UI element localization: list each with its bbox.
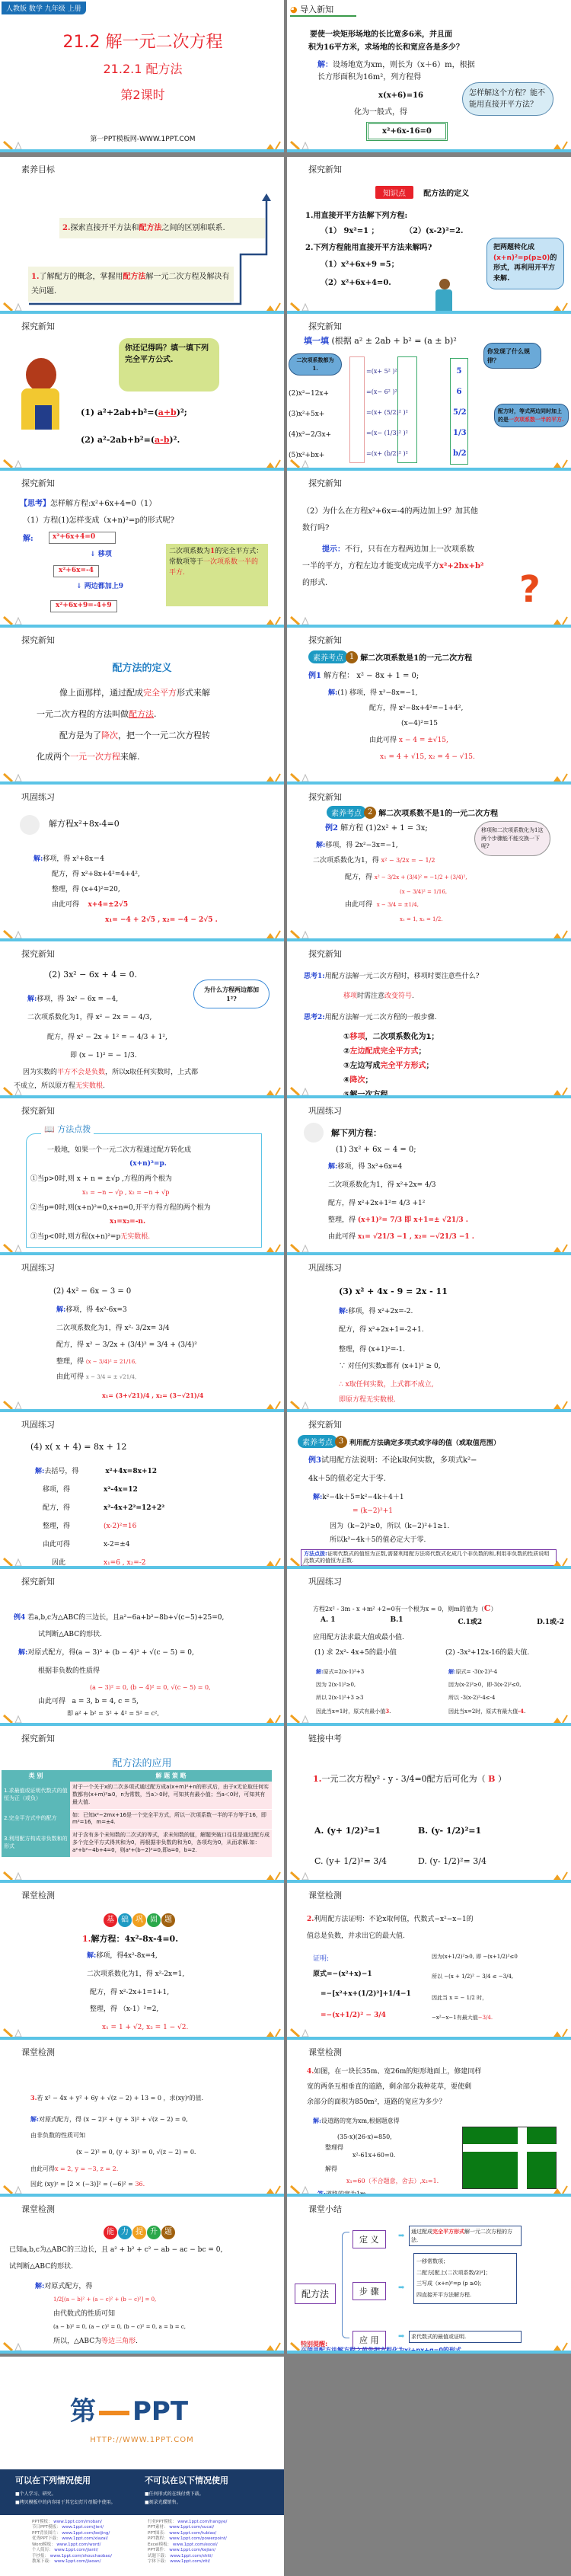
rule-answer-bubble: 配方时，等式两边同时加上的是一次项系数一半的平方. bbox=[494, 404, 569, 427]
solution-roots: x₁= −4 + 2√5 , x₂= −4 − 2√5 . bbox=[105, 916, 218, 926]
section-title: 课堂检测 bbox=[308, 2046, 342, 2058]
solution-roots: x₁=60（不合题意，舍去）,x₂=1. bbox=[346, 2177, 439, 2186]
section-title: 探究新知 bbox=[21, 320, 55, 332]
ruler-triangle-icon bbox=[553, 928, 568, 937]
ruler-triangle-icon bbox=[266, 1869, 281, 1878]
ruler-triangle-icon bbox=[553, 2183, 568, 2192]
think-2: 思考2:用配方法解一元二次方程的一般步骤. bbox=[304, 1013, 436, 1024]
slide-fill-in[interactable]: 探究新知 填一填 (根据 a² ± 2ab + b² = (a ± b)² 二次… bbox=[287, 314, 571, 471]
section-title: 课堂检测 bbox=[21, 2046, 55, 2058]
problem-line-1: 要使一块矩形场地的长比宽多6米，并且面 bbox=[310, 29, 452, 40]
formula-1: (1) a²+2ab+b²=(a+b)²; bbox=[81, 407, 187, 420]
solution-line-1: 解:移项，得 3x²+6x=4 bbox=[328, 1162, 402, 1173]
think-subquestion: （1）方程(1)怎样变成（x+n)²=p的形式呢? bbox=[23, 515, 174, 526]
book-icon: 📖 bbox=[44, 1124, 55, 1134]
coefficient-note-bubble: 二次项系数都为1. bbox=[289, 353, 342, 376]
solution-line-2: 长方形面积为16m²，列方程得 bbox=[317, 72, 421, 83]
reason-line-4: −x²−x−1有最大值−3/4. bbox=[432, 2014, 493, 2022]
example-question: 例2 解方程 (1)2x² + 1 = 3x; bbox=[325, 823, 428, 834]
solution-line-1: 解:k²−4k＋5=k²−4k＋4＋1 bbox=[313, 1493, 404, 1504]
knowledge-badge: 知识点 bbox=[375, 186, 413, 199]
reason-line-3: 因此当 x = − 1/2 时， bbox=[432, 1994, 487, 2002]
slide-check-3[interactable]: 课堂检测 3.若 x² − 4x + y² + 6y + √(z − 2) + … bbox=[0, 2040, 284, 2197]
solution-line-2: 二次项系数化为1，得 x²-2x=1, bbox=[87, 1970, 184, 1980]
slide-method-tips[interactable]: 探究新知 📖 方法点拨 一般地，如果一个一元二次方程通过配方转化成 (x+n)²… bbox=[0, 1098, 284, 1255]
slide-exam-link[interactable]: 链接中考 1.一元二次方程y² - y - 3/4=0配方后可化为（ B ） A… bbox=[287, 1726, 571, 1883]
pencil-icon bbox=[290, 614, 311, 623]
option-c[interactable]: C. (y+ 1/2)²= 3/4 bbox=[314, 1855, 387, 1868]
ruler-triangle-icon bbox=[553, 1398, 568, 1408]
slide-definition-intro[interactable]: 探究新知 知识点 配方法的定义 1.用直接开平方法解下列方程: （1） 9x²=… bbox=[287, 157, 571, 314]
table-row: 2.完全平方式中的配方如：已知x²−2mx+16是一个完全平方式，所以一次项系数… bbox=[2, 1809, 272, 1830]
fill-row-4: (4)x²−2/3x+ bbox=[289, 425, 331, 446]
pencil-icon bbox=[3, 2026, 24, 2035]
solution-line-3: 因为（k−2)²≥0，所以（k−2)²+1≥1. bbox=[330, 1522, 449, 1532]
question-2a: （1）x²+6x+9 =5； bbox=[321, 259, 399, 270]
hint-bubble: 把两题转化成(x+n)²=p(p≥0)的形式，再利用开平方来解. bbox=[486, 238, 564, 289]
option-a[interactable]: A. 1 bbox=[321, 1616, 336, 1626]
solution-line-3: 配方，得 x² − 3/2x + (3/4)² = 3/4 + (3/4)² bbox=[56, 1341, 197, 1351]
step-item: ⑤解一次方程. bbox=[343, 1088, 439, 1098]
solution-line-2: 由非负数的性质可知 bbox=[30, 2131, 85, 2140]
branch-definition: 定 义 bbox=[352, 2230, 386, 2248]
solution-line-2: 二次项系数化为1，得 x²+2x= 4/3 bbox=[328, 1181, 436, 1191]
slide-practice-6[interactable]: 巩固练习 方程2x² - 3m - x +m² +2=0有一个根为x = 0，则… bbox=[287, 1569, 571, 1726]
slide-practice-4[interactable]: 巩固练习 (3) x² + 4x - 9 = 2x - 11 解:移项，得 x²… bbox=[287, 1255, 571, 1412]
solution-line-4: 整理，得 (x − 3/4)² = 21/16, bbox=[56, 1357, 136, 1368]
brace bbox=[342, 2232, 349, 2338]
solution-line-1: 解:移项，得 4x²-6x=3 bbox=[56, 1306, 127, 1316]
paragraph-1-line-1: 像上面那样，通过配成完全平方形式来解 bbox=[59, 687, 210, 700]
main-title: 21.2 解一元二次方程 bbox=[0, 29, 284, 53]
pencil-icon bbox=[3, 2183, 24, 2192]
section-title: 课堂检测 bbox=[21, 2203, 55, 2215]
ruler-triangle-icon bbox=[553, 1555, 568, 1564]
key-point-header: 素养考点1 解二次项系数是1的一元二次方程 bbox=[308, 650, 472, 663]
pencil-icon bbox=[3, 1398, 24, 1408]
question-1b: （2）(x-2)²=2. bbox=[405, 225, 464, 237]
solution-line-4: (a − b)² = 0, (a − c)² = 0, (b − c)² = 0… bbox=[53, 2323, 186, 2332]
think-question: 【思考】怎样解方程:x²+6x+4=0（1） bbox=[20, 498, 156, 510]
heading: 配方法的应用 bbox=[0, 1755, 284, 1769]
solution-line-4: 由此可得 x+4=±2√5 bbox=[52, 900, 128, 911]
conclusion-line-2: 不成立，所以原方程无实数根. bbox=[14, 1082, 105, 1092]
solution-roots: x₁ = 4 + √15, x₂ = 4 − √15. bbox=[380, 753, 475, 763]
solution-line-4: 由此可得 a = 3, b = 4, c = 5, bbox=[38, 1697, 139, 1708]
method-tip-box: 方法点拨:证明代数式的值恒为正数,需要利用配方法将代数式化成几个非负数的和,利用… bbox=[301, 1549, 557, 1566]
ruler-triangle-icon bbox=[266, 300, 281, 309]
option-c[interactable]: C.1或2 bbox=[458, 1616, 482, 1626]
girl-figure-icon bbox=[21, 358, 65, 434]
case-2: ②当p=0时,则(x+n)²=0,x+n=0,开平方得方程的两个根为 bbox=[30, 1203, 211, 1214]
slide-check-4[interactable]: 课堂检测 4.如图，在一块长35m、宽26m的矩形地面上，修建同样 宽的两条互相… bbox=[287, 2040, 571, 2197]
slide-check-1[interactable]: 课堂检测 基础巩固题 1.解方程：4x²-8x-4=0. 解:移项，得4x²-8… bbox=[0, 1883, 284, 2040]
slide-example-1[interactable]: 探究新知 素养考点1 解二次项系数是1的一元二次方程 例1 解方程： x² − … bbox=[287, 628, 571, 785]
reminder-text: 在使用配方法解方程之前先把方程化为x²+px+q=0的形式. bbox=[301, 2347, 464, 2354]
answer-line: 答:道路的宽为1m. bbox=[317, 2189, 368, 2197]
slide-steps[interactable]: 探究新知 思考1:用配方法解一元二次方程时，移项时要注意些什么? 移项时需注意改… bbox=[287, 941, 571, 1098]
basic-questions-badge: 基础巩固题 bbox=[104, 1910, 176, 1927]
arrow-icon: ➡ bbox=[398, 2332, 404, 2341]
solution-line-3: 由代数式的性质可知 bbox=[53, 2309, 115, 2320]
example-question: 例1 解方程： x² − 8x + 1 = 0; bbox=[308, 670, 419, 682]
pencil-icon bbox=[290, 2026, 311, 2035]
case-1-roots: x₁ = −n − √p , x₂ = −n + √p bbox=[82, 1188, 169, 1197]
ruler-triangle-icon bbox=[553, 2340, 568, 2349]
pencil-icon bbox=[290, 2340, 311, 2349]
solution-line-6: 即原方程无实数根. bbox=[339, 1395, 396, 1406]
slide-intro[interactable]: ◕ 导入新知 要使一块矩形场地的长比宽多6米，并且面 积为16平方米，求场地的长… bbox=[287, 0, 571, 152]
ruler-triangle-icon bbox=[553, 457, 568, 466]
solution-line-2: 根据非负数的性质得 bbox=[38, 1667, 100, 1677]
pencil-icon bbox=[3, 1712, 24, 1721]
ruler-triangle-icon bbox=[553, 1712, 568, 1721]
table-row: 3.利用配方构成非负数和的形式对于含有多个未知数的二次式的等式，求未知数的值，解… bbox=[2, 1830, 272, 1857]
solution-line-4: 整理，得 （x-1）²=2, bbox=[90, 2005, 158, 2015]
option-b[interactable]: B.1 bbox=[390, 1616, 403, 1626]
proof-label: 证明: bbox=[313, 1954, 329, 1965]
proof-line-3: =−(x+1/2)² − 3/4 bbox=[321, 2011, 386, 2021]
solution-line-3: 整理，得 (x+1)²=-1. bbox=[339, 1345, 405, 1356]
solution-line-3: (a − 3)² = 0, (b − 4)² = 0, √(c − 5) = 0… bbox=[90, 1683, 211, 1692]
ruler-triangle-icon bbox=[553, 614, 568, 623]
equation-general-box: x²+6x-16=0 bbox=[366, 122, 448, 141]
section-title: 链接中考 bbox=[308, 1732, 342, 1744]
proof-line-1: 原式=−(x²+x)−1 bbox=[313, 1970, 372, 1980]
brand-logo: 第PPT bbox=[70, 2390, 188, 2427]
question-2: 2.下列方程能用直接开平方法来解吗? bbox=[305, 242, 432, 254]
option-d[interactable]: D.1或-2 bbox=[537, 1616, 564, 1626]
question-line-1: 已知a,b,c为△ABC的三边长，且 a² + b² + c² − ab − a… bbox=[9, 2245, 222, 2256]
solution-line-5: 由此可得 x − 3/4 = ± √21/4, bbox=[56, 1373, 136, 1383]
example-line-1: 例4 若a,b,c为△ABC的三边长，且a²−6a+b²−8b+√(c−5)+2… bbox=[14, 1613, 224, 1624]
solution-line-1: 解:移项，得 3x² − 6x = −4, bbox=[27, 995, 118, 1005]
pencil-icon bbox=[290, 1869, 311, 1878]
arrow-icon: ➡ bbox=[398, 2284, 404, 2292]
ruler-triangle-icon bbox=[266, 2340, 281, 2349]
paragraph-2-line-1: 配方是为了降次，把一个一元二次方程转 bbox=[59, 730, 210, 743]
question-line-2: 值总是负数，并求出它的最大值. bbox=[307, 1932, 405, 1942]
section-title: 探究新知 bbox=[21, 477, 55, 489]
solution-line-1: 解:移项，得 2x²−3x=−1, bbox=[316, 841, 398, 852]
step-item: ②左边配成完全平方式； bbox=[343, 1044, 439, 1059]
think-1-answer: 移项时需注意改变符号. bbox=[343, 992, 414, 1002]
think-1: 思考1:用配方法解一元二次方程时，移项时要注意些什么? bbox=[304, 972, 479, 983]
slide-why-add-9[interactable]: 探究新知 （2）为什么在方程x²+6x=-4的两边加上9？加其他 数行吗? 提示… bbox=[287, 471, 571, 628]
steps-content: 一移常数项；二配方[配上(二次项系数/2)²]；三写成（x+n)²=p (p ≥… bbox=[413, 2253, 517, 2304]
pencil-icon bbox=[3, 1242, 24, 1251]
paragraph-1-line-2: 一元二次方程的方法叫做配方法. bbox=[37, 708, 157, 721]
question-line-1: （2）为什么在方程x²+6x=-4的两边加上9？加其他 bbox=[302, 506, 478, 517]
part-1-solution: 解:原式=2(x-1)²+3 因为 2(x-1)²≥0,所以 2(x-1)²+3… bbox=[316, 1665, 391, 1718]
case-2-roots: x₁=x₂=-n. bbox=[110, 1217, 145, 1228]
slide-definition[interactable]: 探究新知 配方法的定义 像上面那样，通过配成完全平方形式来解 一元二次方程的方法… bbox=[0, 628, 284, 785]
section-title: 探究新知 bbox=[308, 948, 342, 960]
table-row: 1.求最值或证明代数式的值恒为正（或负）对于一个关于x的二次多项式通过配方成a(… bbox=[2, 1782, 272, 1809]
step-item: ①移项，二次项系数化为1； bbox=[343, 1030, 439, 1044]
heading: 配方法的定义 bbox=[0, 660, 284, 674]
section-title: 探究新知 bbox=[21, 634, 55, 646]
applications-table: 类 别解 题 策 略 1.求最值或证明代数式的值恒为正（或负）对于一个关于x的二… bbox=[2, 1770, 272, 1858]
section-title: 探究新知 bbox=[308, 1418, 342, 1430]
example-line-2: 4k＋5的值必定大于零. bbox=[308, 1473, 386, 1485]
solution-line-3: 配方，得 x²-2x+1=1+1, bbox=[90, 1988, 169, 1999]
solution-label: 解: bbox=[23, 533, 33, 545]
example-line-2: 试判断△ABC的形状. bbox=[38, 1630, 102, 1641]
ruler-triangle-icon bbox=[553, 2026, 568, 2035]
ruler-triangle-icon bbox=[266, 2026, 281, 2035]
ruler-triangle-icon bbox=[266, 614, 281, 623]
summary-root: 配方法 bbox=[295, 2284, 336, 2304]
slide-title[interactable]: 人教版 数学 九年级 上册 21.2 解一元二次方程 21.2.1 配方法 第2… bbox=[0, 0, 284, 152]
tips-form: (x+n)²=p. bbox=[129, 1159, 167, 1170]
pencil-icon bbox=[290, 457, 311, 466]
practice-question: (1) 3x² + 6x − 4 = 0; bbox=[336, 1144, 416, 1155]
step-label: 化为一般式，得 bbox=[354, 107, 407, 118]
knowledge-point-header: 知识点 配方法的定义 bbox=[375, 186, 469, 199]
slide-example-3[interactable]: 探究新知 素养考点3 利用配方法确定多项式或字母的值（或取值范围） 例3试用配方… bbox=[287, 1412, 571, 1569]
solution-line-1: 解:对原式配方，得 (x − 2)² + (y + 3)² + √(z − 2)… bbox=[30, 2114, 188, 2124]
slide-example-4[interactable]: 探究新知 例4 若a,b,c为△ABC的三边长，且a²−6a+b²−8b+√(c… bbox=[0, 1569, 284, 1726]
solution-line-4: 由此可得 x − 4 = ±√15, bbox=[369, 736, 448, 746]
solution-steps: 解:去括号，得x²+4x=8x+12 移项，得x²-4x=12 配方，得x²-4… bbox=[35, 1462, 164, 1569]
ruler-triangle-icon bbox=[266, 139, 281, 148]
option-b[interactable]: B. (y- 1/2)²=1 bbox=[418, 1825, 481, 1838]
question: (3) x² + 4x - 9 = 2x - 11 bbox=[339, 1286, 448, 1299]
paragraph-2-line-2: 化成两个一元一次方程来解. bbox=[37, 751, 140, 764]
solution-roots: x₁ = 1, x₂ = 1/2. bbox=[400, 916, 443, 924]
thought-bubble: 怎样解这个方程？能不能用直接开平方法？ bbox=[462, 82, 553, 116]
solution-line-3: 整理，得 (x+4)²=20, bbox=[52, 885, 120, 896]
ruler-triangle-icon bbox=[553, 1869, 568, 1878]
application-content: 求代数式的最值或证明. bbox=[409, 2331, 522, 2343]
solution-line-5: 所以，△ABC为等边三角形. bbox=[53, 2337, 138, 2347]
section-title: 巩固练习 bbox=[21, 791, 55, 803]
slide-check-5[interactable]: 课堂检测 能力提升题 已知a,b,c为△ABC的三边长，且 a² + b² + … bbox=[0, 2197, 284, 2354]
arrow-icon: ➡ bbox=[398, 2232, 404, 2240]
pencil-icon bbox=[3, 771, 24, 780]
solution-roots: x₁ = 1 + √2, x₂ = 1 − √2. bbox=[102, 2023, 188, 2034]
option-a[interactable]: A. (y+ 1/2)²=1 bbox=[314, 1825, 381, 1838]
solution-line-2: 1/2[(a − b)² + (a − c)² + (b − c)²] = 0, bbox=[53, 2296, 156, 2304]
question-1: 1.用直接开平方法解下列方程: bbox=[305, 210, 407, 222]
equation-1: x(x+6)=16 bbox=[378, 90, 423, 101]
pencil-icon bbox=[3, 928, 24, 937]
section-title: 探究新知 bbox=[308, 791, 342, 803]
slide-practice-2[interactable]: 巩固练习 解下列方程： (1) 3x² + 6x − 4 = 0; 解:移项，得… bbox=[287, 1098, 571, 1255]
lesson-label: 第2课时 bbox=[0, 85, 284, 103]
pencil-icon bbox=[3, 1555, 24, 1564]
slide-review[interactable]: 探究新知 你还记得吗？填一填下列完全平方公式. (1) a²+2ab+b²=(a… bbox=[0, 314, 284, 471]
question: 1.解方程：4x²-8x-4=0. bbox=[82, 1933, 178, 1946]
section-title: 探究新知 bbox=[21, 948, 55, 960]
question-mark-icon: ? bbox=[519, 571, 541, 608]
example-line-1: 例3试用配方法说明：不论k取何实数，多项式k²− bbox=[308, 1455, 477, 1466]
case-3: ③当p<0时,则方程(x+n)²=p无实数根. bbox=[30, 1232, 150, 1243]
solution-line-1: 解:移项，得 x²+8x＝4 bbox=[33, 855, 104, 865]
section-title: 探究新知 bbox=[308, 634, 342, 646]
flow-box-1: x²+6x+4=0 bbox=[49, 532, 116, 544]
question-line-2: 宽的两条互相垂直的道路，剩余部分栽种花草，要使剩 bbox=[307, 2082, 471, 2093]
practice-question: 解方程x²+8x-4=0 bbox=[49, 818, 120, 831]
solution-line-2: = (k−2)²+1 bbox=[352, 1507, 393, 1517]
pencil-icon bbox=[290, 928, 311, 937]
slide-practice-5[interactable]: 巩固练习 (4) x( x + 4) = 8x + 12 解:去括号，得x²+4… bbox=[0, 1412, 284, 1569]
solution-line-4: 所以k²−4k＋5的值必定大于零. bbox=[330, 1536, 426, 1546]
pie-icon: ◕ bbox=[290, 5, 300, 14]
pencil-icon bbox=[290, 1555, 311, 1564]
ruler-triangle-icon bbox=[266, 1712, 281, 1721]
slide-applications[interactable]: 探究新知 配方法的应用 类 别解 题 策 略 1.求最值或证明代数式的值恒为正（… bbox=[0, 1726, 284, 1883]
solution-line-3: (x − 2)² = 0, (y + 3)² = 0, √(z − 2) = 0… bbox=[76, 2148, 196, 2157]
pencil-icon bbox=[290, 139, 311, 148]
flow-arrow-2-label: ↓ 两边都加上9 bbox=[76, 582, 123, 593]
ruler-triangle-icon bbox=[553, 1242, 568, 1251]
hint-line-3: 的形式. bbox=[302, 577, 327, 589]
solution-line-2: 二次项系数化为1，得 x² − 3/2x = − 1/2 bbox=[313, 856, 435, 867]
hint-line-1: 提示：不行，只有在方程两边加上一次项系数 bbox=[322, 544, 474, 555]
reason-line-2: 所以 −(x + 1/2)² − 3/4 ≤ −3/4, bbox=[432, 1973, 513, 1981]
solution-roots: 由此可得 x₁= √21/3 −1 , x₂= −√21/3 −1 . bbox=[328, 1232, 474, 1243]
slide-practice-1[interactable]: 巩固练习 解方程x²+8x-4=0 解:移项，得 x²+8x＝4 配方，得 x²… bbox=[0, 785, 284, 941]
section-title: 探究新知 bbox=[308, 320, 342, 332]
step-list: ①移项，二次项系数化为1； ②左边配成完全平方式； ③左边写成完全平方形式； ④… bbox=[343, 1030, 439, 1098]
solution-line-4: 由此可得x = 2, y = −3, z = 2. bbox=[30, 2165, 118, 2174]
blank-column-box bbox=[349, 356, 365, 463]
tips-header: 📖 方法点拨 bbox=[41, 1123, 94, 1135]
ruler-icon bbox=[304, 1123, 324, 1143]
solution-line-5: 解得 bbox=[325, 2165, 337, 2174]
branch-steps: 步 骤 bbox=[352, 2282, 386, 2300]
question-line-2: 试判断△ABC的形状. bbox=[9, 2262, 73, 2273]
pencil-icon bbox=[3, 1085, 24, 1094]
solution-line-2: 配方，得 x²+2x+1=-2+1. bbox=[339, 1325, 424, 1336]
pencil-icon bbox=[290, 1398, 311, 1408]
flow-arrow-1-label: ↓ 移项 bbox=[90, 550, 112, 561]
slide-goals[interactable]: 素养目标 2.探索直接开平方法和配方法之间的区别和联系. 1.了解配方的概念，掌… bbox=[0, 157, 284, 314]
ruler-triangle-icon bbox=[266, 1398, 281, 1408]
section-title: 课堂检测 bbox=[21, 1889, 55, 1901]
pencil-icon bbox=[3, 2340, 24, 2349]
question-line-1: 2.利用配方法证明：不论x取何值，代数式−x²−x−1的 bbox=[307, 1915, 474, 1926]
ruler-triangle-icon bbox=[266, 2183, 281, 2192]
advanced-questions-badge: 能力提升题 bbox=[104, 2223, 176, 2239]
ruler-triangle-icon bbox=[266, 457, 281, 466]
header-tag: 人教版 数学 九年级 上册 bbox=[2, 2, 86, 14]
slide-summary[interactable]: 课堂小结 配方法 定 义 步 骤 应 用 ➡ ➡ ➡ 通过配成完全平方形式解一元… bbox=[287, 2197, 571, 2354]
solution-line-1: 解:对原式配方，得(a − 3)² + (b − 4)² + √(c − 5) … bbox=[18, 1648, 194, 1659]
problem-line-2: 积为16平方米，求场地的长和宽应各是多少？ bbox=[308, 42, 464, 53]
slide-brand[interactable]: 第PPT HTTP://WWW.1PPT.COM 可以在下列情况使用 ■个人学习… bbox=[0, 2357, 284, 2576]
slide-check-2[interactable]: 课堂检测 2.利用配方法证明：不论x取何值，代数式−x²−x−1的 值总是负数，… bbox=[287, 1883, 571, 2040]
section-title: 探究新知 bbox=[308, 163, 342, 175]
ruler-triangle-icon bbox=[553, 771, 568, 780]
solution-line-1: 解:设道路的宽为xm,根据题意得 bbox=[313, 2116, 400, 2126]
fill-row-2: (2)x²−12x+ bbox=[289, 384, 331, 404]
ruler-triangle-icon bbox=[266, 771, 281, 780]
usage-banner: 可以在下列情况使用 ■个人学习、研究。■拷贝模板中的内容用于其它幻灯片母版中使用… bbox=[0, 2469, 284, 2515]
thought-bubble: 移项和二次项系数化为1这两个步骤能不能交换一下呢? bbox=[474, 821, 550, 856]
question-1a: （1） 9x²=1 ； bbox=[321, 225, 379, 237]
pattern-answers: 565/21/3b/2 bbox=[453, 361, 465, 464]
solution-line-1: 解:(1) 移项，得 x²−8x=−1, bbox=[328, 689, 418, 699]
tips-intro: 一般地，如果一个一元二次方程通过配方转化成 bbox=[47, 1146, 191, 1156]
fill-row-3: (3)x²+5x+ bbox=[289, 404, 331, 425]
ruler-triangle-icon bbox=[266, 1555, 281, 1564]
part-2-solution: 解:原式= -3(x-2)²-4 因为(x-2)²≥0，即-3(x-2)²≤0,… bbox=[448, 1665, 525, 1718]
definition-content: 通过配成完全平方形式解一元二次方程的方法. bbox=[409, 2226, 522, 2246]
question-2b: （2）x²+6x+4=0. bbox=[321, 277, 391, 289]
solution-line-3: (x−4)²=15 bbox=[401, 719, 438, 730]
slide-example-2[interactable]: 探究新知 素养考点2 解二次项系数不是1的一元二次方程 例2 解方程 (1)2x… bbox=[287, 785, 571, 941]
part-2: (2) -3x²+12x-16的最大值. bbox=[445, 1648, 529, 1659]
footer-site: 第一PPT模板网-WWW.1PPT.COM bbox=[0, 133, 284, 143]
fill-rows: (2)x²−12x+ (3)x²+5x+ (4)x²−2/3x+ (5)x²+b… bbox=[289, 384, 331, 466]
reason-line-1: 因为(x+1/2)²≥0, 即 −(x+1/2)²≤0 bbox=[432, 1953, 518, 1961]
case-1: ①当p>0时,则 x + n = ±√p ,方程的两个根为 bbox=[30, 1175, 172, 1185]
ruler-triangle-icon bbox=[553, 300, 568, 309]
solution-line-2: 配方，得 x²−8x+4²=−1+4², bbox=[369, 704, 463, 714]
option-d[interactable]: D. (y- 1/2)²= 3/4 bbox=[418, 1855, 486, 1868]
section-title: 巩固练习 bbox=[308, 1575, 342, 1587]
pencil-icon bbox=[290, 1085, 311, 1094]
pencil-icon bbox=[290, 300, 311, 309]
question: (2) 4x² − 6x − 3 = 0 bbox=[53, 1286, 131, 1297]
coefficient-note: 二次项系数为1的完全平方式：常数项等于一次项系数一半的平方. bbox=[166, 544, 268, 606]
section-title: 课堂小结 bbox=[308, 2203, 342, 2215]
solution-line-4: 整理，得 (x+1)²= 7/3 即 x+1=± √21/3 . bbox=[328, 1216, 468, 1226]
slide-example-2-part-2[interactable]: 探究新知 (2) 3x² − 6x + 4 = 0. 解:移项，得 3x² − … bbox=[0, 941, 284, 1098]
step-item: ④降次； bbox=[343, 1073, 439, 1088]
solution-line-5: ∴ x取任何实数，上式都不成立, bbox=[339, 1380, 434, 1391]
solution-line-3: 配方，得 x²+2x+1²= 4/3 +1² bbox=[328, 1199, 425, 1210]
proof-line-2: =−[x²+x+(1/2)²]+1/4−1 bbox=[321, 1990, 411, 2000]
links-left: PPT模板： www.1ppt.com/moban/ 节日PPT模板： www.… bbox=[32, 2520, 112, 2565]
step-item: ③左边写成完全平方形式； bbox=[343, 1059, 439, 1073]
thought-bubble: 为什么方程两边都加1²? bbox=[193, 980, 270, 1008]
solution-line-4: x²-61x+60=0. bbox=[352, 2151, 395, 2160]
section-title: 课堂检测 bbox=[308, 1889, 342, 1901]
ruler-triangle-icon bbox=[553, 1085, 568, 1094]
solution-line-3: 整理得 bbox=[325, 2143, 343, 2153]
pencil-icon bbox=[290, 1242, 311, 1251]
formula-2: (2) a²-2ab+b²=(a-b)². bbox=[81, 434, 180, 447]
question-line-1: 4.如图，在一块长35m、宽26m的矩形地面上，修建同样 bbox=[307, 2067, 481, 2078]
ruler-triangle-icon bbox=[266, 1085, 281, 1094]
pencil-icon bbox=[3, 139, 24, 148]
key-point-header: 素养考点3 利用配方法确定多项式或字母的值（或取值范围） bbox=[298, 1435, 500, 1448]
solution-line-2: 二次项系数化为1，得 x²- 3/2x= 3/4 bbox=[56, 1324, 170, 1334]
pencil-icon bbox=[3, 1869, 24, 1878]
review-bubble: 你还记得吗？填一填下列完全平方公式. bbox=[119, 338, 219, 392]
field-diagram bbox=[462, 2127, 557, 2189]
slide-practice-3[interactable]: 巩固练习 (2) 4x² − 6x − 3 = 0 解:移项，得 4x²-6x=… bbox=[0, 1255, 284, 1412]
section-title: 巩固练习 bbox=[21, 1418, 55, 1430]
fill-rhs: =(x+ 5² )²=(x− 6² )²=(x+ (5/2)² )²=(x− (… bbox=[366, 361, 408, 464]
fill-header: 填一填 (根据 a² ± 2ab + b² = (a ± b)² bbox=[304, 335, 457, 348]
slide-think[interactable]: 探究新知 【思考】怎样解方程:x²+6x+4=0（1） （1）方程(1)怎样变成… bbox=[0, 471, 284, 628]
hint-line-2: 一半的平方，方程左边才能变成完成平方x²+2bx+b² bbox=[302, 561, 483, 572]
links-right: 行业PPT模板： www.1ppt.com/hangye/ PPT素材： www… bbox=[148, 2520, 227, 2565]
question-line-3: 余部分的面积为850m²，道路的宽应为多少？ bbox=[307, 2098, 445, 2108]
solution-line-2: 二次项系数化为1，得 x² − 2x = − 4/3, bbox=[27, 1013, 152, 1024]
ruler-triangle-icon bbox=[266, 1242, 281, 1251]
pencil-icon bbox=[290, 2183, 311, 2192]
solution-line-2: 配方，得 x²+8x+4²=4+4², bbox=[52, 870, 140, 881]
solution-line-5: 因此 (xy)ᶻ = [2 × (−3)]² = (−6)² = 36. bbox=[30, 2180, 145, 2189]
solution-line-1: 解：设场地宽为xm，则长为（x＋6）m，根据 bbox=[317, 59, 475, 71]
ruler-icon bbox=[20, 815, 40, 835]
